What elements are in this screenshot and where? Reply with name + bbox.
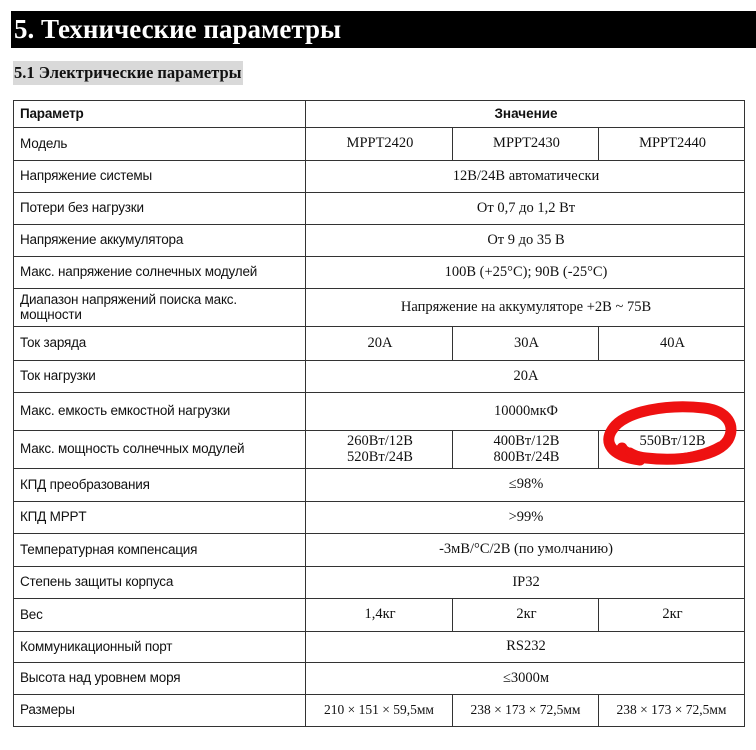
param-cell: Высота над уровнем моря bbox=[14, 663, 306, 695]
section-heading: 5. Технические параметры bbox=[11, 11, 756, 48]
value-cell: Напряжение на аккумуляторе +2В ~ 75В bbox=[306, 289, 745, 327]
table-row: Потери без нагрузки От 0,7 до 1,2 Вт bbox=[14, 193, 745, 225]
table-row: Макс. напряжение солнечных модулей 100В … bbox=[14, 257, 745, 289]
value-cell: 260Вт/12В 520Вт/24В bbox=[306, 431, 453, 469]
header-value: Значение bbox=[306, 101, 745, 128]
table-row: Вес 1,4кг 2кг 2кг bbox=[14, 599, 745, 632]
value-cell: От 9 до 35 В bbox=[306, 225, 745, 257]
value-line: 550Вт/12В bbox=[605, 434, 740, 450]
param-line: мощности bbox=[20, 308, 301, 323]
table-row: Степень защиты корпуса IP32 bbox=[14, 567, 745, 599]
param-cell: Макс. мощность солнечных модулей bbox=[14, 431, 306, 469]
table-row: Ток нагрузки 20A bbox=[14, 361, 745, 393]
param-cell: Макс. напряжение солнечных модулей bbox=[14, 257, 306, 289]
value-cell: -3мВ/°C/2В (по умолчанию) bbox=[306, 534, 745, 567]
param-cell: КПД преобразования bbox=[14, 469, 306, 502]
table-row: Температурная компенсация -3мВ/°C/2В (по… bbox=[14, 534, 745, 567]
param-cell: Вес bbox=[14, 599, 306, 632]
param-cell: Ток нагрузки bbox=[14, 361, 306, 393]
value-cell: 238 × 173 × 72,5мм bbox=[453, 695, 599, 727]
table-row: Ток заряда 20A 30A 40A bbox=[14, 327, 745, 361]
value-cell: 40A bbox=[599, 327, 745, 361]
value-cell: 2кг bbox=[599, 599, 745, 632]
table-row: Модель MPPT2420 MPPT2430 MPPT2440 bbox=[14, 128, 745, 161]
value-cell: От 0,7 до 1,2 Вт bbox=[306, 193, 745, 225]
value-cell: 210 × 151 × 59,5мм bbox=[306, 695, 453, 727]
param-cell: Степень защиты корпуса bbox=[14, 567, 306, 599]
value-cell: 100В (+25°C); 90В (-25°C) bbox=[306, 257, 745, 289]
value-line: 800Вт/24В bbox=[459, 450, 594, 466]
table-row: Напряжение аккумулятора От 9 до 35 В bbox=[14, 225, 745, 257]
value-cell: 1,4кг bbox=[306, 599, 453, 632]
value-cell: 238 × 173 × 72,5мм bbox=[599, 695, 745, 727]
value-cell: IP32 bbox=[306, 567, 745, 599]
param-cell: Потери без нагрузки bbox=[14, 193, 306, 225]
param-cell: Модель bbox=[14, 128, 306, 161]
param-cell: Напряжение системы bbox=[14, 161, 306, 193]
param-cell: Напряжение аккумулятора bbox=[14, 225, 306, 257]
param-cell: Ток заряда bbox=[14, 327, 306, 361]
table-row: Макс. мощность солнечных модулей 260Вт/1… bbox=[14, 431, 745, 469]
table-row: Размеры 210 × 151 × 59,5мм 238 × 173 × 7… bbox=[14, 695, 745, 727]
value-cell: 400Вт/12В 800Вт/24В bbox=[453, 431, 599, 469]
value-cell: RS232 bbox=[306, 632, 745, 663]
param-cell: Размеры bbox=[14, 695, 306, 727]
value-cell: ≤3000м bbox=[306, 663, 745, 695]
value-cell: 12В/24В автоматически bbox=[306, 161, 745, 193]
value-cell: MPPT2420 bbox=[306, 128, 453, 161]
value-cell: 20A bbox=[306, 361, 745, 393]
table-row: КПД MPPT >99% bbox=[14, 502, 745, 534]
table-row: Коммуникационный порт RS232 bbox=[14, 632, 745, 663]
param-cell: Коммуникационный порт bbox=[14, 632, 306, 663]
header-param: Параметр bbox=[14, 101, 306, 128]
table-row: Макс. емкость емкостной нагрузки 10000мк… bbox=[14, 393, 745, 431]
value-cell: >99% bbox=[306, 502, 745, 534]
value-cell: MPPT2440 bbox=[599, 128, 745, 161]
table-row: КПД преобразования ≤98% bbox=[14, 469, 745, 502]
table-row: Диапазон напряжений поиска макс. мощност… bbox=[14, 289, 745, 327]
value-line: 400Вт/12В bbox=[459, 434, 594, 450]
value-cell: 30A bbox=[453, 327, 599, 361]
value-cell: ≤98% bbox=[306, 469, 745, 502]
table-row: Напряжение системы 12В/24В автоматически bbox=[14, 161, 745, 193]
value-cell: 2кг bbox=[453, 599, 599, 632]
value-cell: 20A bbox=[306, 327, 453, 361]
spec-table: Параметр Значение Модель MPPT2420 MPPT24… bbox=[13, 100, 745, 727]
table-row: Высота над уровнем моря ≤3000м bbox=[14, 663, 745, 695]
param-cell: Диапазон напряжений поиска макс. мощност… bbox=[14, 289, 306, 327]
param-cell: КПД MPPT bbox=[14, 502, 306, 534]
value-line: 260Вт/12В bbox=[312, 434, 448, 450]
value-cell: 10000мкФ bbox=[306, 393, 745, 431]
subsection-heading: 5.1 Электрические параметры bbox=[13, 61, 243, 85]
value-cell: 550Вт/12В 1100Вт/24В bbox=[599, 431, 745, 469]
value-line: 520Вт/24В bbox=[312, 450, 448, 466]
value-cell: MPPT2430 bbox=[453, 128, 599, 161]
param-cell: Температурная компенсация bbox=[14, 534, 306, 567]
param-cell: Макс. емкость емкостной нагрузки bbox=[14, 393, 306, 431]
param-line: Диапазон напряжений поиска макс. bbox=[20, 293, 301, 308]
table-header-row: Параметр Значение bbox=[14, 101, 745, 128]
